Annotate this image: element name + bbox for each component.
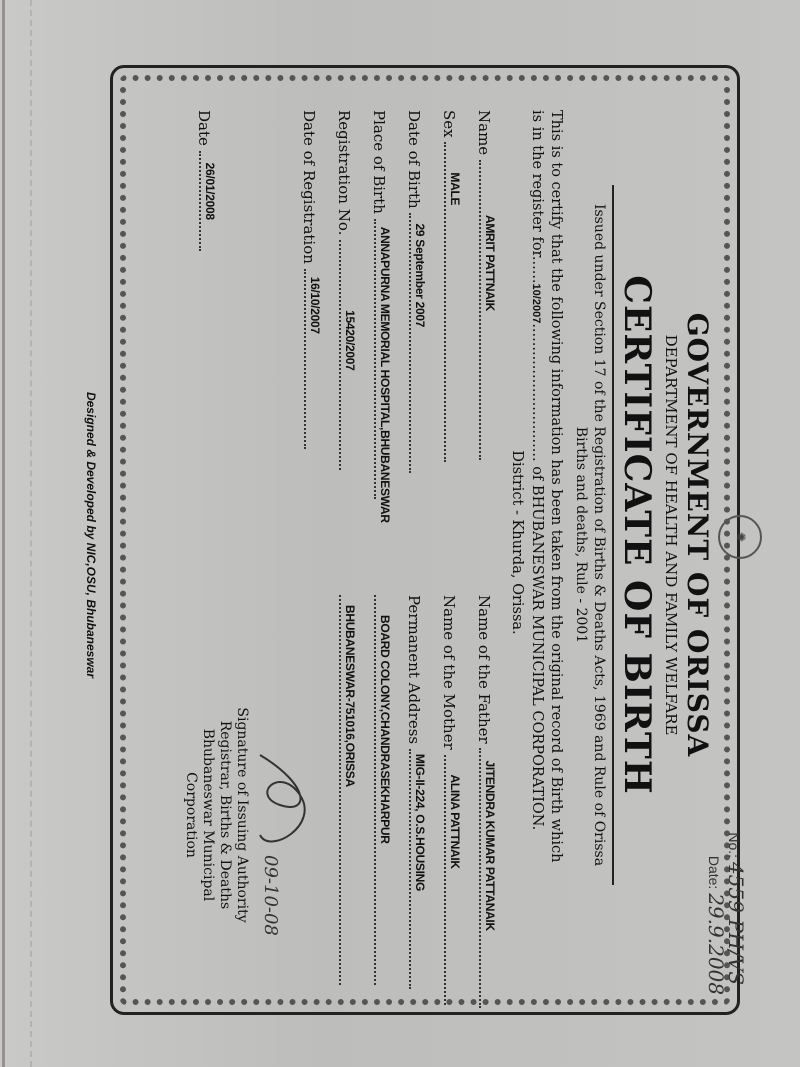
mother-label: Name of the Mother [440, 595, 458, 750]
field-reg-no: Registration No. 15420/2007 [335, 110, 355, 470]
state-emblem-icon: ✺ [718, 515, 762, 559]
address-line3: BHUBANESWAR-751016,ORISSA [343, 605, 357, 787]
field-reg-date: Date of Registration 16/10/2007 [300, 110, 320, 449]
issued-under-line2: Births and deaths, Rule - 2001 [572, 155, 590, 915]
field-address-2: BOARD COLONY,CHANDRASEKHARPUR [370, 595, 390, 985]
field-address: Permanent Address MIG-II-224, O.S.HOUSIN… [405, 595, 425, 989]
intro-text3: of BHUBANESWAR MUNICIPAL CORPORATION. [529, 466, 545, 830]
field-address-3: BHUBANESWAR-751016,ORISSA [335, 595, 355, 985]
field-sex: Sex MALE [440, 110, 460, 462]
intro-text2: is in the register for [529, 110, 545, 256]
field-mother: Name of the Mother ALINA PATTNAIK [440, 595, 460, 1005]
issued-under: Issued under Section 17 of the Registrat… [572, 155, 608, 915]
government-heading: GOVERNMENT OF ORISSA [681, 35, 714, 1035]
intro-line1: This is to certify that the following in… [546, 110, 565, 975]
signature-scrawl-icon: 09-10-08 [240, 745, 320, 945]
fold-line [30, 0, 34, 1067]
reg-date-label: Date of Registration [300, 110, 318, 264]
field-dob: Date of Birth 29 September 2007 [405, 110, 425, 473]
birth-certificate: ✺ No.: 4559 PH/VS Date: 29.9.2008 GOVERN… [90, 35, 770, 1035]
signature-line3: Bhubaneswar Municipal Corporation [182, 685, 216, 945]
place-label: Place of Birth [370, 110, 388, 214]
address-line1: MIG-II-224, O.S.HOUSING [413, 754, 427, 891]
date-field-value: 26/01/2008 [203, 163, 217, 220]
father-label: Name of the Father [475, 595, 493, 744]
field-date: Date 26/01/2008 [195, 110, 215, 251]
footer-credit: Designed & Developed by NIC,OSU, Bhubane… [84, 35, 98, 1035]
field-place: Place of Birth ANNAPURNA MEMORIAL HOSPIT… [370, 110, 390, 499]
field-name: Name AMRIT PATTNAIK [475, 110, 495, 460]
issued-under-line1: Issued under Section 17 of the Registrat… [590, 155, 608, 915]
department-heading: DEPARTMENT OF HEALTH AND FAMILY WELFARE [662, 35, 680, 1035]
intro-line2: is in the register for......10/2007.....… [526, 110, 546, 975]
reg-date-value: 16/10/2007 [308, 277, 322, 334]
signature-block: Signature of Issuing Authority Registrar… [182, 685, 250, 945]
name-label: Name [475, 110, 493, 155]
intro-district: District - Khurda, Orissa. [507, 110, 526, 975]
date-field-label: Date [195, 110, 213, 146]
father-value: JITENDRA KUMAR PATTANAIK [483, 760, 497, 930]
signature-line1: Signature of Issuing Authority [233, 685, 250, 945]
mother-value: ALINA PATTNAIK [448, 775, 462, 869]
reg-no-label: Registration No. [335, 110, 353, 235]
place-value: ANNAPURNA MEMORIAL HOSPITAL,BHUBANESWAR [378, 227, 392, 523]
reg-no-value: 15420/2007 [343, 310, 357, 370]
sex-label: Sex [440, 110, 458, 138]
certificate-title: CERTIFICATE OF BIRTH [616, 35, 658, 1035]
name-value: AMRIT PATTNAIK [483, 215, 497, 311]
field-father: Name of the Father JITENDRA KUMAR PATTAN… [475, 595, 495, 1008]
sex-value: MALE [448, 172, 462, 205]
certification-statement: This is to certify that the following in… [507, 110, 565, 975]
address-line2: BOARD COLONY,CHANDRASEKHARPUR [378, 615, 392, 844]
address-label: Permanent Address [405, 595, 423, 744]
number-label: No.: [726, 832, 742, 858]
dob-value: 29 September 2007 [413, 223, 427, 327]
register-year: 10/2007 [530, 284, 542, 324]
svg-text:09-10-08: 09-10-08 [260, 855, 281, 936]
signature-line2: Registrar, Births & Deaths [216, 685, 233, 945]
dob-label: Date of Birth [405, 110, 423, 209]
title-underline [612, 185, 614, 885]
paper-edge [2, 0, 5, 1067]
